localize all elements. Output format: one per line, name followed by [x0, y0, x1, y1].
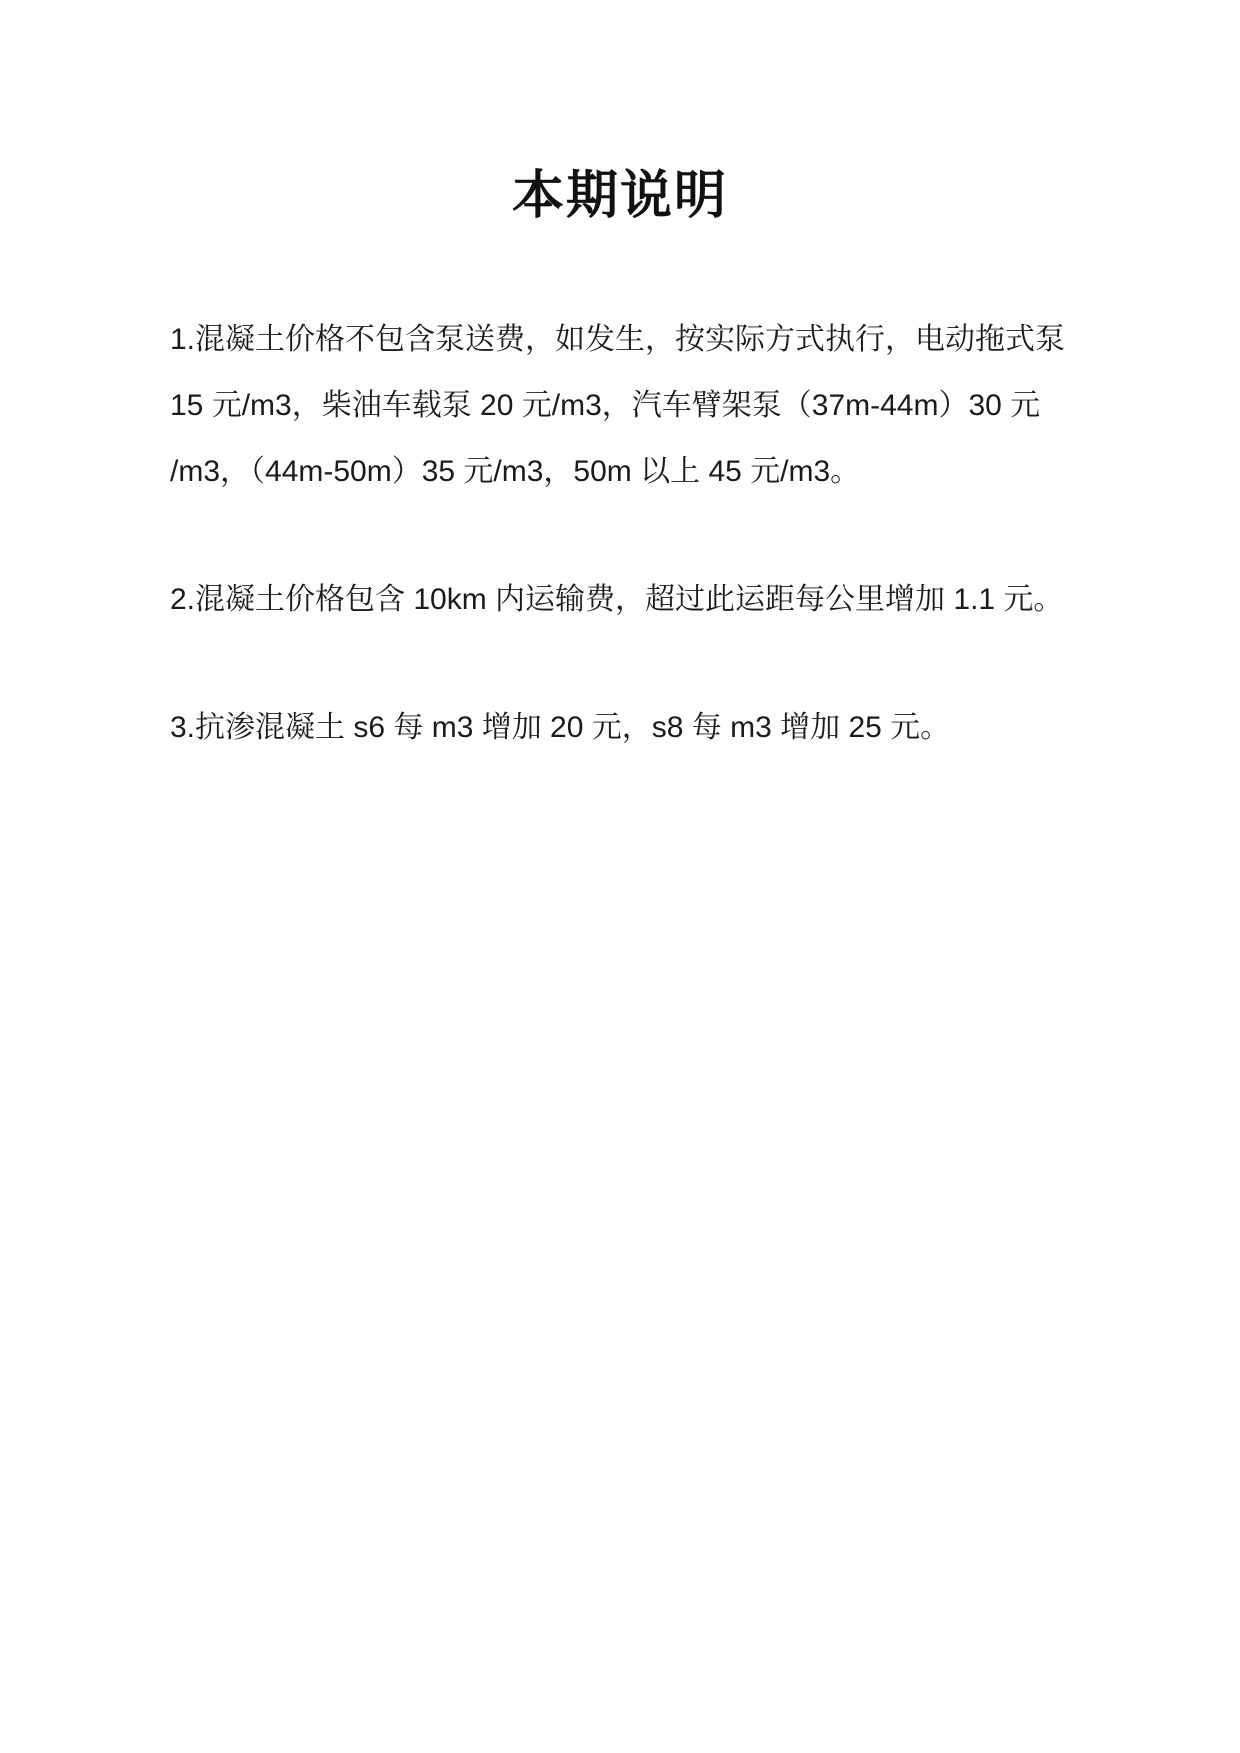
- document-body: 1.混凝土价格不包含泵送费，如发生，按实际方式执行，电动拖式泵 15 元/m3，…: [0, 307, 1240, 761]
- note-1-line-3: /m3，（44m-50m）35 元/m3，50m 以上 45 元/m3。: [170, 439, 1070, 505]
- note-paragraph-2: 2.混凝土价格包含 10km 内运输费，超过此运距每公里增加 1.1 元。: [170, 567, 1070, 633]
- document-page: 本期说明 1.混凝土价格不包含泵送费，如发生，按实际方式执行，电动拖式泵 15 …: [0, 0, 1240, 1753]
- note-paragraph-3: 3.抗渗混凝土 s6 每 m3 增加 20 元，s8 每 m3 增加 25 元。: [170, 695, 1070, 761]
- note-1-line-2: 15 元/m3，柴油车载泵 20 元/m3，汽车臂架泵（37m-44m）30 元: [170, 373, 1070, 439]
- page-title: 本期说明: [0, 0, 1240, 227]
- note-2-line-1: 2.混凝土价格包含 10km 内运输费，超过此运距每公里增加 1.1 元。: [170, 567, 1070, 633]
- note-1-line-1: 1.混凝土价格不包含泵送费，如发生，按实际方式执行，电动拖式泵: [170, 307, 1070, 373]
- note-3-line-1: 3.抗渗混凝土 s6 每 m3 增加 20 元，s8 每 m3 增加 25 元。: [170, 695, 1070, 761]
- note-paragraph-1: 1.混凝土价格不包含泵送费，如发生，按实际方式执行，电动拖式泵 15 元/m3，…: [170, 307, 1070, 505]
